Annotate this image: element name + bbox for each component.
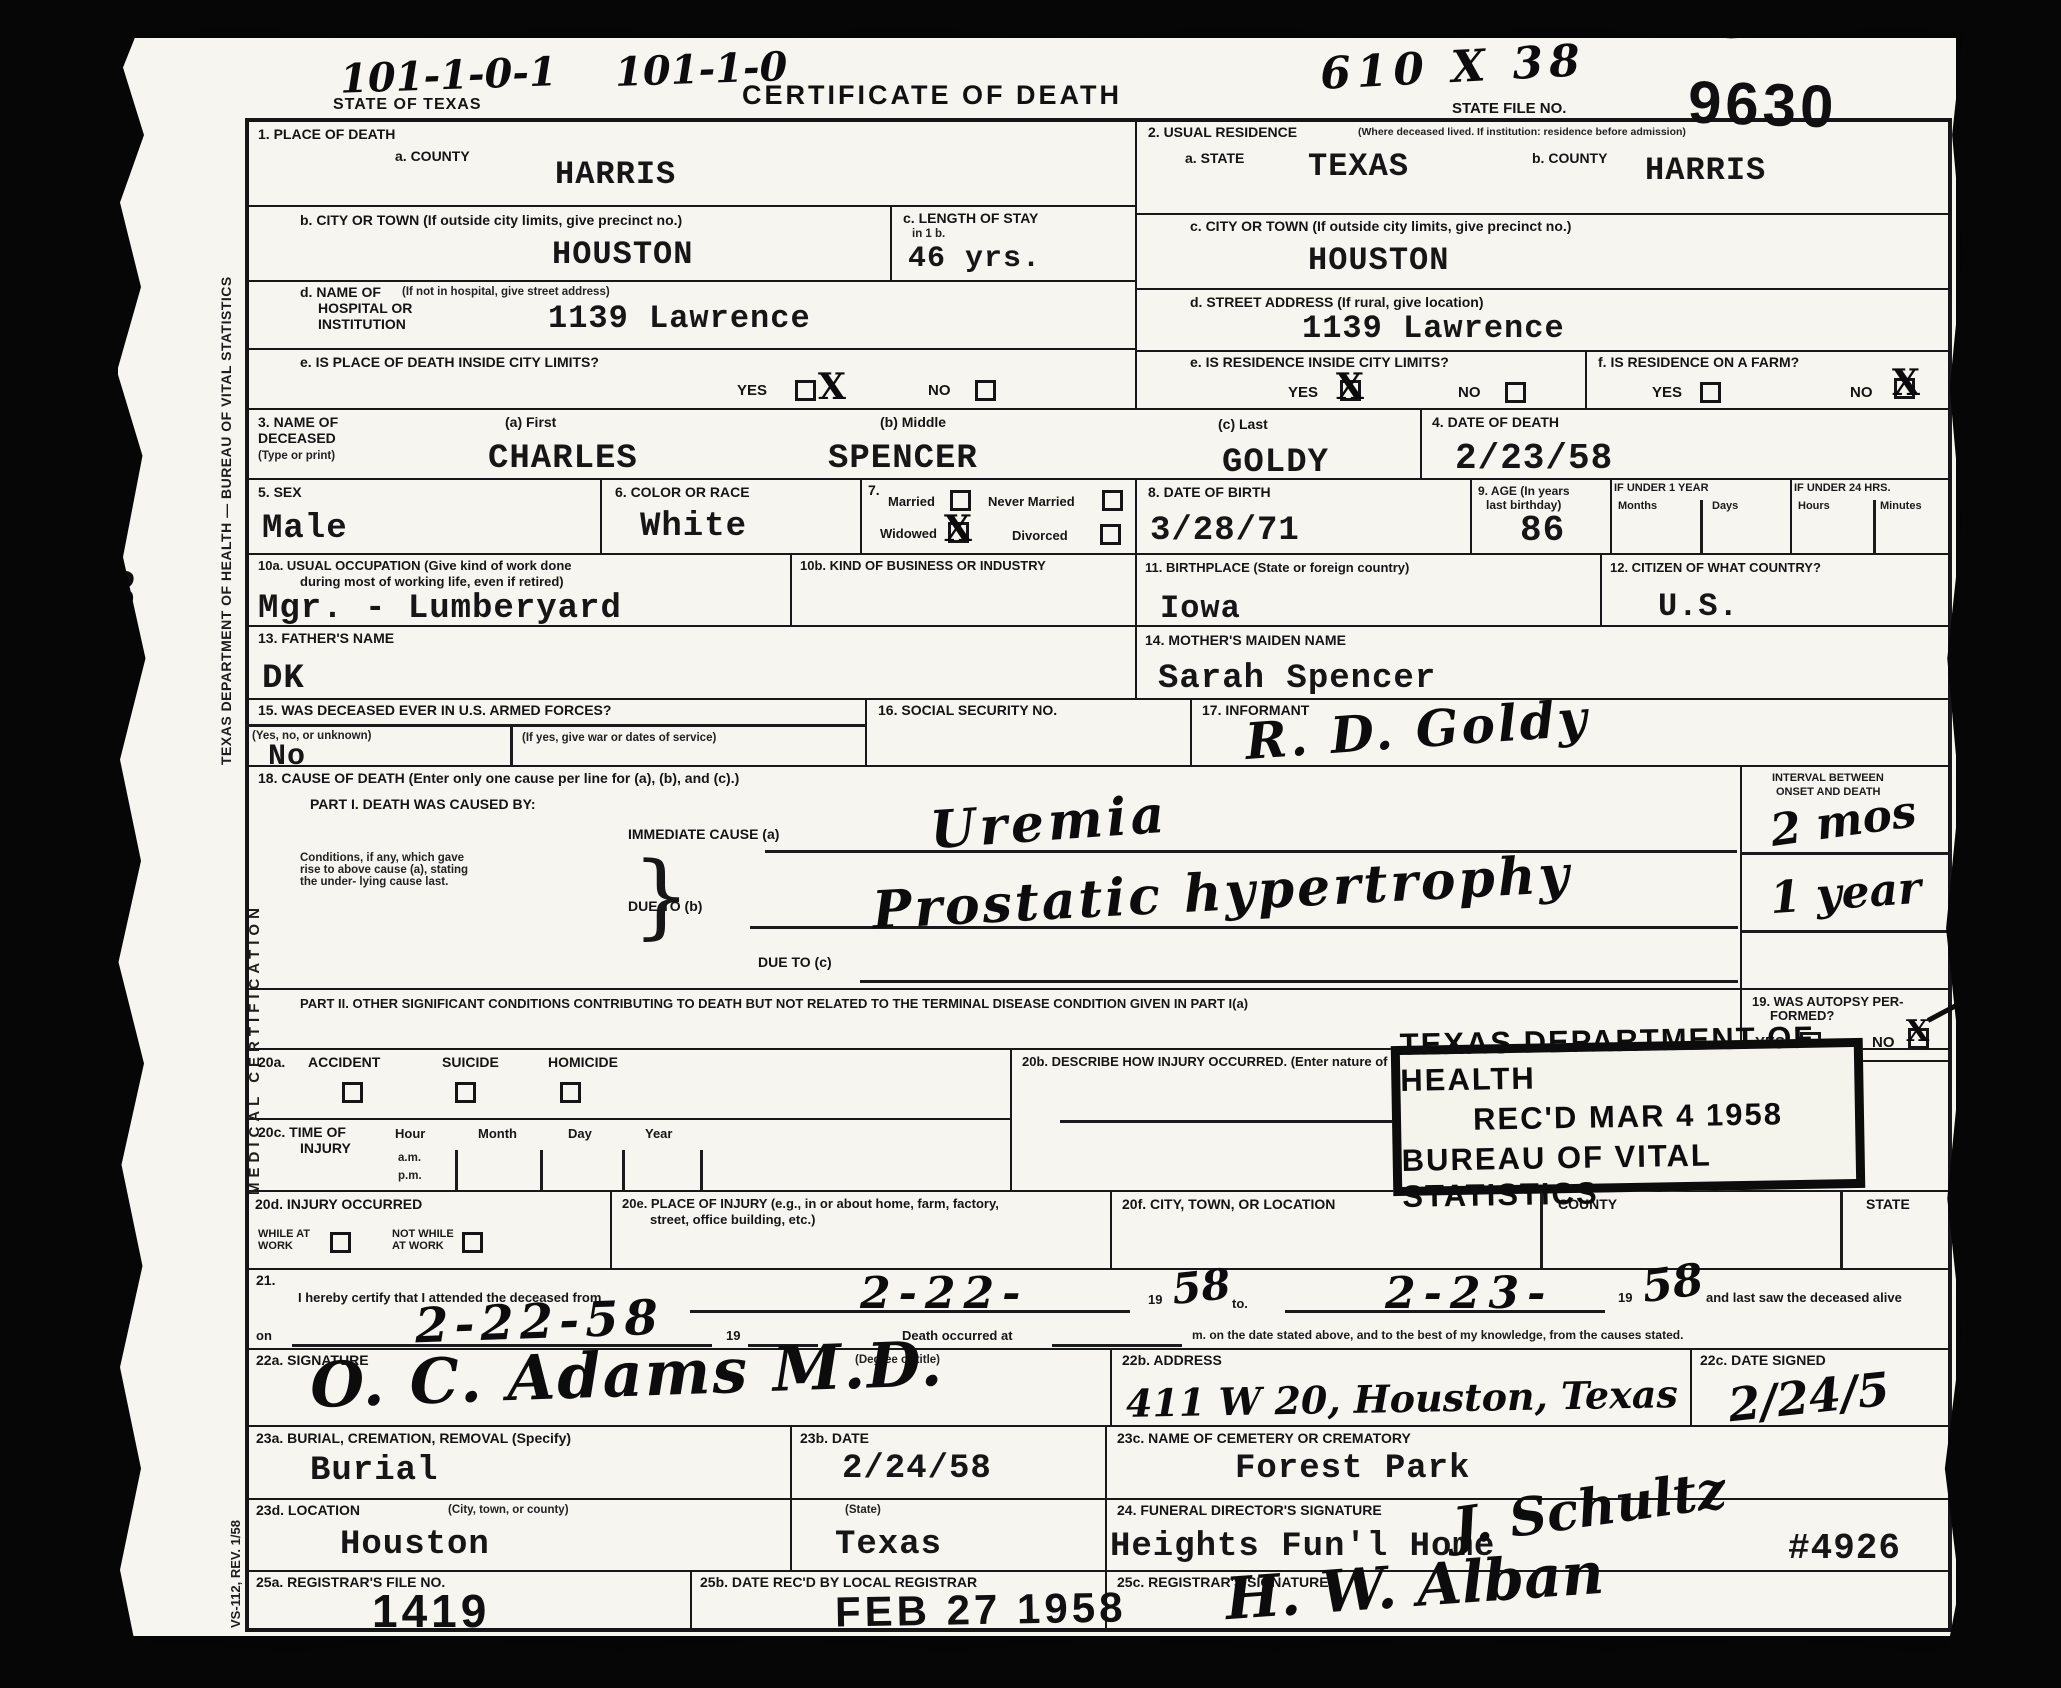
field-1e-no-label: NO <box>928 382 951 399</box>
state-file-no-label: STATE FILE NO. <box>1452 100 1566 117</box>
time-col-divider <box>540 1150 543 1190</box>
certify-yr2-value: 58 <box>1639 1254 1707 1313</box>
under24-label: IF UNDER 24 HRS. <box>1794 482 1891 494</box>
field-1d-value: 1139 Lawrence <box>548 300 811 337</box>
field-1b-value: HOUSTON <box>552 236 693 273</box>
field-14-label: 14. MOTHER'S MAIDEN NAME <box>1145 632 1346 648</box>
field-7-divorced-checkbox <box>1100 524 1121 545</box>
year-label: Year <box>645 1126 672 1141</box>
field-2e-yes-label: YES <box>1288 384 1318 401</box>
scanned-death-certificate: 101-1-0-1 101-1-0 STATE OF TEXAS CERTIFI… <box>0 0 2061 1688</box>
field-12-label: 12. CITIZEN OF WHAT COUNTRY? <box>1610 560 1821 575</box>
field-12-value: U.S. <box>1658 588 1739 625</box>
field-22b-label: 22b. ADDRESS <box>1122 1352 1222 1368</box>
field-2f-yes-label: YES <box>1652 384 1682 401</box>
hours-label: Hours <box>1798 500 1830 512</box>
certify-text3: m. on the date stated above, and to the … <box>1192 1328 1683 1342</box>
field-10b-label: 10b. KIND OF BUSINESS OR INDUSTRY <box>800 558 1046 573</box>
certificate-title: CERTIFICATE OF DEATH <box>742 80 1122 111</box>
field-2-label: 2. USUAL RESIDENCE <box>1148 124 1297 140</box>
divider <box>1873 500 1876 555</box>
field-8-label: 8. DATE OF BIRTH <box>1148 484 1271 500</box>
interval-b-value: 1 year <box>1768 863 1922 924</box>
interval-label1: INTERVAL BETWEEN <box>1772 772 1884 784</box>
field-2d-label: d. STREET ADDRESS (If rural, give locati… <box>1190 294 1484 310</box>
received-stamp: TEXAS DEPARTMENT OF HEALTH REC'D MAR 4 1… <box>1391 1038 1866 1196</box>
field-3-label2: DECEASED <box>258 430 336 446</box>
cause-line-c <box>860 980 1738 983</box>
field-1c-label: c. LENGTH OF STAY <box>903 210 1038 226</box>
stamp-line2: REC'D MAR 4 1958 <box>1473 1096 1783 1137</box>
field-23d-state-label: (State) <box>845 1504 881 1516</box>
field-6-value: White <box>640 508 747 546</box>
time-col-divider <box>622 1150 625 1190</box>
field-22c-label: 22c. DATE SIGNED <box>1700 1352 1826 1368</box>
minutes-label: Minutes <box>1880 500 1922 512</box>
field-23d-city-value: Houston <box>340 1526 490 1564</box>
field-7-divorced-label: Divorced <box>1012 528 1068 543</box>
field-16-label: 16. SOCIAL SECURITY NO. <box>878 702 1057 718</box>
not-while-checkbox <box>462 1232 483 1253</box>
field-3-middle-value: SPENCER <box>828 440 978 478</box>
field-23d-state-value: Texas <box>835 1526 942 1564</box>
state-file-number: 9630 <box>1687 67 1839 141</box>
cell-20c <box>245 1118 1012 1192</box>
interval-divider <box>1740 852 1952 855</box>
field-23d-city-label: (City, town, or county) <box>448 1504 569 1516</box>
due-to-b-label: DUE TO (b) <box>628 898 702 914</box>
autopsy-no-label: NO <box>1872 1034 1895 1051</box>
cell-7 <box>860 478 1137 555</box>
divider <box>1700 500 1703 555</box>
field-23c-value: Forest Park <box>1235 1450 1470 1488</box>
field-9-label1: 9. AGE (In years <box>1478 484 1570 498</box>
part1-label: PART I. DEATH WAS CAUSED BY: <box>310 796 536 812</box>
while-at-work-label2: WORK <box>258 1240 293 1252</box>
field-6-label: 6. COLOR OR RACE <box>615 484 750 500</box>
am-label: a.m. <box>398 1152 421 1164</box>
certify-yr-label2: 19 <box>1618 1290 1632 1305</box>
field-2c-label: c. CITY OR TOWN (If outside city limits,… <box>1190 218 1571 234</box>
month-label: Month <box>478 1126 517 1141</box>
field-3-last-value: GOLDY <box>1222 444 1329 482</box>
not-while-label1: NOT WHILE <box>392 1228 454 1240</box>
field-2f-label: f. IS RESIDENCE ON A FARM? <box>1598 354 1799 370</box>
interval-divider <box>1740 930 1952 933</box>
field-13-value: DK <box>262 660 305 698</box>
field-20e-label2: street, office building, etc.) <box>650 1212 815 1227</box>
field-2-paren: (Where deceased lived. If institution: r… <box>1358 126 1686 138</box>
field-14-value: Sarah Spencer <box>1158 660 1436 698</box>
field-1b-label: b. CITY OR TOWN (If outside city limits,… <box>300 212 682 228</box>
time-col-divider <box>455 1150 458 1190</box>
field-1d-label3: INSTITUTION <box>318 316 406 332</box>
certify-yr1-value: 58 <box>1170 1259 1233 1314</box>
field-11-value: Iowa <box>1160 590 1241 627</box>
divider <box>245 724 867 727</box>
field-10a-label2: during most of working life, even if ret… <box>300 574 564 589</box>
field-1c-sublabel: in 1 b. <box>912 228 945 240</box>
field-10a-label1: 10a. USUAL OCCUPATION (Give kind of work… <box>258 558 572 573</box>
form-number-text: VS-112, REV. 1/58 <box>228 1520 243 1628</box>
field-4-label: 4. DATE OF DEATH <box>1432 414 1559 430</box>
field-7-married-label: Married <box>888 494 935 509</box>
torn-edge-bottom <box>0 1636 2061 1688</box>
suicide-checkbox <box>455 1082 476 1103</box>
field-20e-label1: 20e. PLACE OF INJURY (e.g., in or about … <box>622 1196 999 1211</box>
field-23b-label: 23b. DATE <box>800 1430 869 1446</box>
field-2b-label: b. COUNTY <box>1532 150 1607 166</box>
day-label: Day <box>568 1126 592 1141</box>
field-1a-label: a. COUNTY <box>395 148 470 164</box>
field-1-label: 1. PLACE OF DEATH <box>258 126 395 142</box>
conditions-note: Conditions, if any, which gave rise to a… <box>300 852 485 888</box>
field-21-label: 21. <box>256 1272 275 1288</box>
field-7-label: 7. <box>868 482 880 498</box>
time-col-divider <box>700 1150 703 1190</box>
field-2a-value: TEXAS <box>1308 148 1409 185</box>
vertical-medical-certification: MEDICAL CERTIFICATION <box>246 903 263 1195</box>
field-8-value: 3/28/71 <box>1150 512 1300 550</box>
field-1e-yes-checkbox <box>795 380 816 401</box>
certify-yr-label1: 19 <box>1148 1292 1162 1307</box>
field-20c-label1: 20c. TIME OF <box>258 1124 346 1140</box>
stamp-line1: TEXAS DEPARTMENT OF HEALTH <box>1399 1019 1854 1099</box>
field-20c-label2: INJURY <box>300 1140 351 1156</box>
field-20a-label: 20a. <box>258 1054 285 1070</box>
date-received-stamp: FEB 27 1958 <box>835 1583 1127 1636</box>
field-2e-no-label: NO <box>1458 384 1481 401</box>
not-while-label2: AT WORK <box>392 1240 444 1252</box>
vertical-agency-text: TEXAS DEPARTMENT OF HEALTH — BUREAU OF V… <box>218 276 234 765</box>
field-3-middle-label: (b) Middle <box>880 414 946 430</box>
certify-text2: and last saw the deceased alive <box>1706 1290 1902 1305</box>
field-13-label: 13. FATHER'S NAME <box>258 630 394 646</box>
field-10a-value: Mgr. - Lumberyard <box>258 590 622 628</box>
field-5-label: 5. SEX <box>258 484 302 500</box>
field-15-label: 15. WAS DECEASED EVER IN U.S. ARMED FORC… <box>258 702 611 718</box>
immediate-cause-label: IMMEDIATE CAUSE (a) <box>628 826 779 842</box>
field-7-widowed-label: Widowed <box>880 526 937 541</box>
under1-label: IF UNDER 1 YEAR <box>1614 482 1709 494</box>
field-7-never-label: Never Married <box>988 494 1075 509</box>
state-column-label: STATE <box>1866 1196 1910 1212</box>
state-of-texas-label: STATE OF TEXAS <box>333 96 482 114</box>
field-7-widowed-mark: X <box>944 508 972 550</box>
part2-label: PART II. OTHER SIGNIFICANT CONDITIONS CO… <box>300 996 1248 1011</box>
funeral-case-number: #4926 <box>1788 1528 1901 1569</box>
field-15-sub2: (If yes, give war or dates of service) <box>522 732 716 744</box>
torn-edge-top <box>0 0 2061 40</box>
field-2f-no-mark: X <box>1892 362 1920 404</box>
days-label: Days <box>1712 500 1738 512</box>
field-3-label1: 3. NAME OF <box>258 414 338 430</box>
brace-glyph: } <box>632 842 691 949</box>
certify-to-label: to. <box>1232 1296 1248 1311</box>
field-1d-label2: HOSPITAL OR <box>318 300 412 316</box>
field-2e-yes-mark: X <box>1336 366 1364 408</box>
field-20f-label: 20f. CITY, TOWN, OR LOCATION <box>1122 1196 1335 1212</box>
field-2e-label: e. IS RESIDENCE INSIDE CITY LIMITS? <box>1190 354 1449 370</box>
field-1d-label: d. NAME OF <box>300 284 381 300</box>
field-2d-value: 1139 Lawrence <box>1302 310 1565 347</box>
physician-address: 411 W 20, Houston, Texas <box>1126 1371 1679 1426</box>
certify-from-date: 2-22- <box>860 1268 1028 1319</box>
cert-line <box>1052 1344 1182 1347</box>
field-2a-label: a. STATE <box>1185 150 1244 166</box>
handwritten-code-left: 101-1-0-1 <box>339 48 557 103</box>
months-label: Months <box>1618 500 1657 512</box>
while-at-work-label1: WHILE AT <box>258 1228 310 1240</box>
field-9-value: 86 <box>1520 510 1565 551</box>
field-1d-paren: (If not in hospital, give street address… <box>402 286 610 298</box>
field-1a-value: HARRIS <box>555 156 676 193</box>
field-1e-no-checkbox <box>975 380 996 401</box>
registrar-file-no: 1419 <box>372 1584 490 1638</box>
field-23a-label: 23a. BURIAL, CREMATION, REMOVAL (Specify… <box>256 1430 571 1446</box>
autopsy-label1: 19. WAS AUTOPSY PER- <box>1752 994 1903 1009</box>
field-24-label: 24. FUNERAL DIRECTOR'S SIGNATURE <box>1117 1502 1382 1518</box>
field-5-value: Male <box>262 510 348 548</box>
homicide-checkbox <box>560 1082 581 1103</box>
field-1c-value: 46 yrs. <box>908 242 1041 276</box>
field-23d-label: 23d. LOCATION <box>256 1502 360 1518</box>
autopsy-no-mark: X <box>1906 1014 1929 1049</box>
field-2b-value: HARRIS <box>1645 152 1766 189</box>
field-23b-value: 2/24/58 <box>842 1450 992 1488</box>
suicide-label: SUICIDE <box>442 1054 499 1070</box>
certify-to-date: 2-23- <box>1385 1268 1553 1319</box>
field-3-first-label: (a) First <box>505 414 556 430</box>
field-11-label: 11. BIRTHPLACE (State or foreign country… <box>1145 560 1409 575</box>
field-1e-yes-label: YES <box>737 382 767 399</box>
field-1e-label: e. IS PLACE OF DEATH INSIDE CITY LIMITS? <box>300 354 599 370</box>
field-15-value: No <box>268 740 306 774</box>
field-4-value: 2/23/58 <box>1455 438 1613 479</box>
field-3-label3: (Type or print) <box>258 450 335 462</box>
pm-label: p.m. <box>398 1170 422 1182</box>
field-2c-value: HOUSTON <box>1308 242 1449 279</box>
field-7-never-checkbox <box>1102 490 1123 511</box>
field-1e-yes-mark: X <box>818 366 846 408</box>
field-18-label: 18. CAUSE OF DEATH (Enter only one cause… <box>258 770 739 786</box>
torn-edge-left <box>0 0 150 1688</box>
accident-checkbox <box>342 1082 363 1103</box>
field-2f-yes-checkbox <box>1700 382 1721 403</box>
due-to-c-label: DUE TO (c) <box>758 954 832 970</box>
field-2e-no-checkbox <box>1505 382 1526 403</box>
field-23a-value: Burial <box>310 1452 438 1490</box>
torn-edge-right <box>1940 0 2061 1688</box>
field-2f-no-label: NO <box>1850 384 1873 401</box>
certify-on-label: on <box>256 1328 272 1343</box>
divider <box>510 724 513 767</box>
accident-label: ACCIDENT <box>308 1054 380 1070</box>
field-20d-label: 20d. INJURY OCCURRED <box>255 1196 422 1212</box>
field-3-last-label: (c) Last <box>1218 416 1268 432</box>
cause-line-a <box>765 850 1737 853</box>
stamp-line3: BUREAU OF VITAL STATISTICS <box>1401 1135 1856 1215</box>
while-at-work-checkbox <box>330 1232 351 1253</box>
hour-label: Hour <box>395 1126 425 1141</box>
field-3-first-value: CHARLES <box>488 440 638 478</box>
field-23c-label: 23c. NAME OF CEMETERY OR CREMATORY <box>1117 1430 1411 1446</box>
homicide-label: HOMICIDE <box>548 1054 618 1070</box>
